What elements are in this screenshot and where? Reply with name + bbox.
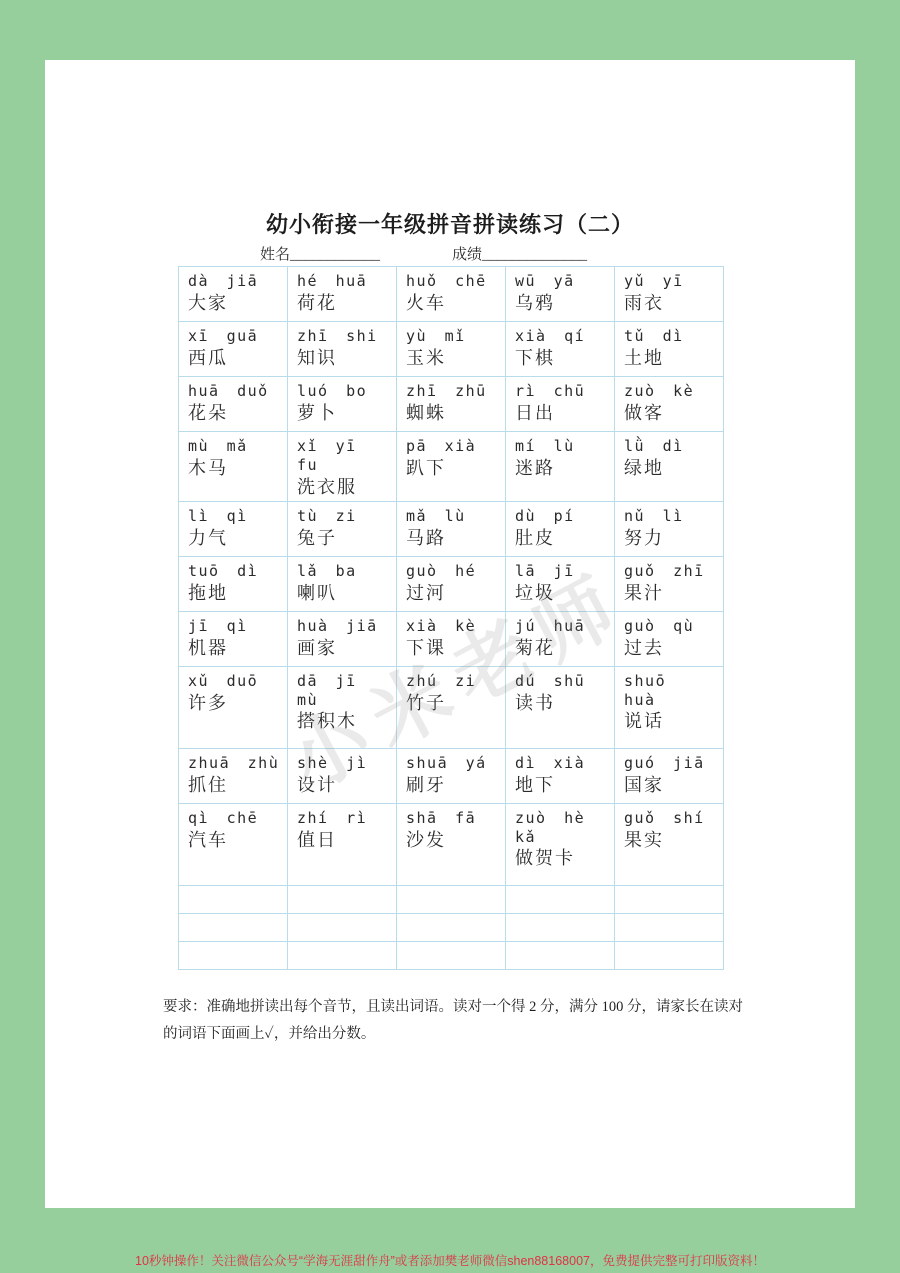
hanzi-text: 兔子 (297, 527, 392, 550)
pinyin-text: dà jiā (188, 272, 283, 291)
empty-cell (179, 885, 288, 913)
pinyin-text: huǒ chē (406, 272, 501, 291)
word-cell: dà jiā大家 (179, 267, 288, 322)
hanzi-text: 果汁 (624, 582, 719, 605)
word-cell: nǔ lì努力 (615, 501, 724, 556)
table-row: lì qì力气tù zi兔子mǎ lù马路dù pí肚皮nǔ lì努力 (179, 501, 724, 556)
table-row: dà jiā大家hé huā荷花huǒ chē火车wū yā乌鸦yǔ yī雨衣 (179, 267, 724, 322)
pinyin-text: mí lù (515, 437, 610, 456)
hanzi-text: 玉米 (406, 347, 501, 370)
pinyin-text: xià qí (515, 327, 610, 346)
hanzi-text: 抓住 (188, 774, 283, 797)
empty-cell (288, 913, 397, 941)
pinyin-text: zhī zhū (406, 382, 501, 401)
word-cell: lì qì力气 (179, 501, 288, 556)
empty-cell (397, 885, 506, 913)
word-cell: yǔ yī雨衣 (615, 267, 724, 322)
word-table-body: dà jiā大家hé huā荷花huǒ chē火车wū yā乌鸦yǔ yī雨衣x… (179, 267, 724, 970)
hanzi-text: 迷路 (515, 457, 610, 480)
pinyin-text: tǔ dì (624, 327, 719, 346)
empty-cell (179, 913, 288, 941)
empty-cell (397, 941, 506, 969)
hanzi-text: 绿地 (624, 457, 719, 480)
hanzi-text: 洗衣服 (297, 476, 392, 499)
pinyin-text: jú huā (515, 617, 610, 636)
pinyin-text: guó jiā (624, 754, 719, 773)
pinyin-text: wū yā (515, 272, 610, 291)
pinyin-text: guò qù (624, 617, 719, 636)
pinyin-text: guò hé (406, 562, 501, 581)
word-cell: zhú zi竹子 (397, 666, 506, 748)
hanzi-text: 西瓜 (188, 347, 283, 370)
worksheet-paper: 幼小衔接一年级拼音拼读练习（二） 姓名____________成绩_______… (45, 60, 855, 1208)
pinyin-text: yù mǐ (406, 327, 501, 346)
table-row: qì chē汽车zhí rì值日shā fā沙发zuò hè kǎ做贺卡guǒ … (179, 803, 724, 885)
word-cell: zhí rì值日 (288, 803, 397, 885)
empty-cell (397, 913, 506, 941)
word-cell: dù pí肚皮 (506, 501, 615, 556)
hanzi-text: 国家 (624, 774, 719, 797)
word-cell: shè jì设计 (288, 748, 397, 803)
hanzi-text: 做客 (624, 402, 719, 425)
word-cell: xǔ duō许多 (179, 666, 288, 748)
pinyin-text: zhī shi (297, 327, 392, 346)
empty-table-row (179, 941, 724, 969)
empty-cell (288, 885, 397, 913)
hanzi-text: 萝卜 (297, 402, 392, 425)
word-cell: wū yā乌鸦 (506, 267, 615, 322)
empty-cell (615, 913, 724, 941)
pinyin-text: lǜ dì (624, 437, 719, 456)
hanzi-text: 花朵 (188, 402, 283, 425)
empty-table-row (179, 913, 724, 941)
hanzi-text: 竹子 (406, 692, 501, 715)
pinyin-text: lì qì (188, 507, 283, 526)
pinyin-text: lā jī (515, 562, 610, 581)
hanzi-text: 垃圾 (515, 582, 610, 605)
empty-cell (179, 941, 288, 969)
table-row: xī guā西瓜zhī shi知识yù mǐ玉米xià qí下棋tǔ dì土地 (179, 322, 724, 377)
hanzi-text: 读书 (515, 692, 610, 715)
table-row: tuō dì拖地lǎ ba喇叭guò hé过河lā jī垃圾guǒ zhī果汁 (179, 556, 724, 611)
hanzi-text: 马路 (406, 527, 501, 550)
word-cell: tǔ dì土地 (615, 322, 724, 377)
word-cell: huā duǒ花朵 (179, 377, 288, 432)
hanzi-text: 荷花 (297, 292, 392, 315)
pinyin-text: mǎ lù (406, 507, 501, 526)
pinyin-text: zhuā zhù (188, 754, 283, 773)
pinyin-text: shuā yá (406, 754, 501, 773)
pinyin-text: guǒ shí (624, 809, 719, 828)
hanzi-text: 汽车 (188, 829, 283, 852)
empty-table-row (179, 885, 724, 913)
pinyin-text: qì chē (188, 809, 283, 828)
hanzi-text: 说话 (624, 710, 719, 733)
hanzi-text: 菊花 (515, 637, 610, 660)
hanzi-text: 土地 (624, 347, 719, 370)
table-row: jī qì机器huà jiā画家xià kè下课jú huā菊花guò qù过去 (179, 611, 724, 666)
word-cell: xià qí下棋 (506, 322, 615, 377)
word-cell: zhī shi知识 (288, 322, 397, 377)
word-cell: xǐ yī fu洗衣服 (288, 432, 397, 502)
hanzi-text: 沙发 (406, 829, 501, 852)
pinyin-text: xī guā (188, 327, 283, 346)
pinyin-text: nǔ lì (624, 507, 719, 526)
word-cell: mǎ lù马路 (397, 501, 506, 556)
hanzi-text: 乌鸦 (515, 292, 610, 315)
word-cell: zhī zhū蜘蛛 (397, 377, 506, 432)
pinyin-text: huà jiā (297, 617, 392, 636)
pinyin-text: shā fā (406, 809, 501, 828)
worksheet-image-background: { "colors": { "background_green": "#96CE… (0, 0, 900, 1273)
word-cell: guò hé过河 (397, 556, 506, 611)
word-cell: guó jiā国家 (615, 748, 724, 803)
hanzi-text: 趴下 (406, 457, 501, 480)
empty-cell (615, 885, 724, 913)
word-cell: lǎ ba喇叭 (288, 556, 397, 611)
pinyin-text: xǐ yī fu (297, 437, 392, 475)
word-cell: dā jī mù搭积木 (288, 666, 397, 748)
word-cell: guǒ zhī果汁 (615, 556, 724, 611)
word-cell: shuō huà说话 (615, 666, 724, 748)
word-cell: lǜ dì绿地 (615, 432, 724, 502)
word-cell: luó bo萝卜 (288, 377, 397, 432)
hanzi-text: 过河 (406, 582, 501, 605)
pinyin-word-table: dà jiā大家hé huā荷花huǒ chē火车wū yā乌鸦yǔ yī雨衣x… (178, 266, 724, 970)
pinyin-text: shè jì (297, 754, 392, 773)
hanzi-text: 做贺卡 (515, 847, 610, 870)
empty-cell (506, 941, 615, 969)
pinyin-text: pā xià (406, 437, 501, 456)
word-cell: dú shū读书 (506, 666, 615, 748)
worksheet-title: 幼小衔接一年级拼音拼读练习（二） (45, 208, 855, 239)
pinyin-text: shuō huà (624, 672, 719, 710)
pinyin-text: luó bo (297, 382, 392, 401)
hanzi-text: 喇叭 (297, 582, 392, 605)
hanzi-text: 刷牙 (406, 774, 501, 797)
pinyin-text: dù pí (515, 507, 610, 526)
pinyin-text: dú shū (515, 672, 610, 691)
word-cell: shuā yá刷牙 (397, 748, 506, 803)
pinyin-text: lǎ ba (297, 562, 392, 581)
pinyin-text: guǒ zhī (624, 562, 719, 581)
word-cell: lā jī垃圾 (506, 556, 615, 611)
pinyin-text: yǔ yī (624, 272, 719, 291)
pinyin-text: zuò kè (624, 382, 719, 401)
hanzi-text: 拖地 (188, 582, 283, 605)
pinyin-text: mù mǎ (188, 437, 283, 456)
hanzi-text: 努力 (624, 527, 719, 550)
hanzi-text: 雨衣 (624, 292, 719, 315)
word-cell: huà jiā画家 (288, 611, 397, 666)
hanzi-text: 设计 (297, 774, 392, 797)
word-cell: jī qì机器 (179, 611, 288, 666)
hanzi-text: 值日 (297, 829, 392, 852)
word-cell: xià kè下课 (397, 611, 506, 666)
empty-cell (506, 913, 615, 941)
name-label: 姓名 (260, 247, 290, 263)
word-cell: jú huā菊花 (506, 611, 615, 666)
hanzi-text: 日出 (515, 402, 610, 425)
word-cell: zuò kè做客 (615, 377, 724, 432)
pinyin-text: xià kè (406, 617, 501, 636)
hanzi-text: 大家 (188, 292, 283, 315)
hanzi-text: 蜘蛛 (406, 402, 501, 425)
table-row: huā duǒ花朵luó bo萝卜zhī zhū蜘蛛rì chū日出zuò kè… (179, 377, 724, 432)
word-cell: xī guā西瓜 (179, 322, 288, 377)
promo-banner-text: 10秒钟操作！关注微信公众号“学海无涯甜作舟”或者添加樊老师微信shen8816… (0, 1251, 900, 1269)
pinyin-text: rì chū (515, 382, 610, 401)
hanzi-text: 木马 (188, 457, 283, 480)
word-cell: huǒ chē火车 (397, 267, 506, 322)
pinyin-text: jī qì (188, 617, 283, 636)
name-blank-line: ____________ (290, 247, 380, 263)
word-cell: mí lù迷路 (506, 432, 615, 502)
word-cell: shā fā沙发 (397, 803, 506, 885)
hanzi-text: 力气 (188, 527, 283, 550)
hanzi-text: 地下 (515, 774, 610, 797)
word-cell: rì chū日出 (506, 377, 615, 432)
hanzi-text: 搭积木 (297, 710, 392, 733)
empty-cell (615, 941, 724, 969)
table-row: mù mǎ木马xǐ yī fu洗衣服pā xià趴下mí lù迷路lǜ dì绿地 (179, 432, 724, 502)
pinyin-text: huā duǒ (188, 382, 283, 401)
hanzi-text: 知识 (297, 347, 392, 370)
score-blank-line: ______________ (482, 247, 587, 263)
hanzi-text: 肚皮 (515, 527, 610, 550)
hanzi-text: 下课 (406, 637, 501, 660)
pinyin-text: tuō dì (188, 562, 283, 581)
table-row: zhuā zhù抓住shè jì设计shuā yá刷牙dì xià地下guó j… (179, 748, 724, 803)
word-cell: qì chē汽车 (179, 803, 288, 885)
word-cell: guò qù过去 (615, 611, 724, 666)
word-cell: zuò hè kǎ做贺卡 (506, 803, 615, 885)
pinyin-text: tù zi (297, 507, 392, 526)
word-cell: tù zi兔子 (288, 501, 397, 556)
word-cell: hé huā荷花 (288, 267, 397, 322)
word-cell: tuō dì拖地 (179, 556, 288, 611)
word-cell: zhuā zhù抓住 (179, 748, 288, 803)
hanzi-text: 火车 (406, 292, 501, 315)
table-row: xǔ duō许多dā jī mù搭积木zhú zi竹子dú shū读书shuō … (179, 666, 724, 748)
pinyin-text: zuò hè kǎ (515, 809, 610, 847)
hanzi-text: 下棋 (515, 347, 610, 370)
word-cell: dì xià地下 (506, 748, 615, 803)
instructions-note: 要求：准确地拼读出每个音节，且读出词语。读对一个得 2 分，满分 100 分，请… (163, 994, 743, 1048)
word-cell: yù mǐ玉米 (397, 322, 506, 377)
name-score-line: 姓名____________成绩______________ (260, 243, 587, 264)
word-cell: guǒ shí果实 (615, 803, 724, 885)
empty-cell (506, 885, 615, 913)
pinyin-text: zhí rì (297, 809, 392, 828)
score-label: 成绩 (452, 247, 482, 263)
hanzi-text: 果实 (624, 829, 719, 852)
hanzi-text: 过去 (624, 637, 719, 660)
word-cell: mù mǎ木马 (179, 432, 288, 502)
hanzi-text: 许多 (188, 692, 283, 715)
pinyin-text: hé huā (297, 272, 392, 291)
pinyin-text: zhú zi (406, 672, 501, 691)
word-cell: pā xià趴下 (397, 432, 506, 502)
pinyin-text: xǔ duō (188, 672, 283, 691)
pinyin-text: dā jī mù (297, 672, 392, 710)
pinyin-text: dì xià (515, 754, 610, 773)
empty-cell (288, 941, 397, 969)
hanzi-text: 机器 (188, 637, 283, 660)
hanzi-text: 画家 (297, 637, 392, 660)
